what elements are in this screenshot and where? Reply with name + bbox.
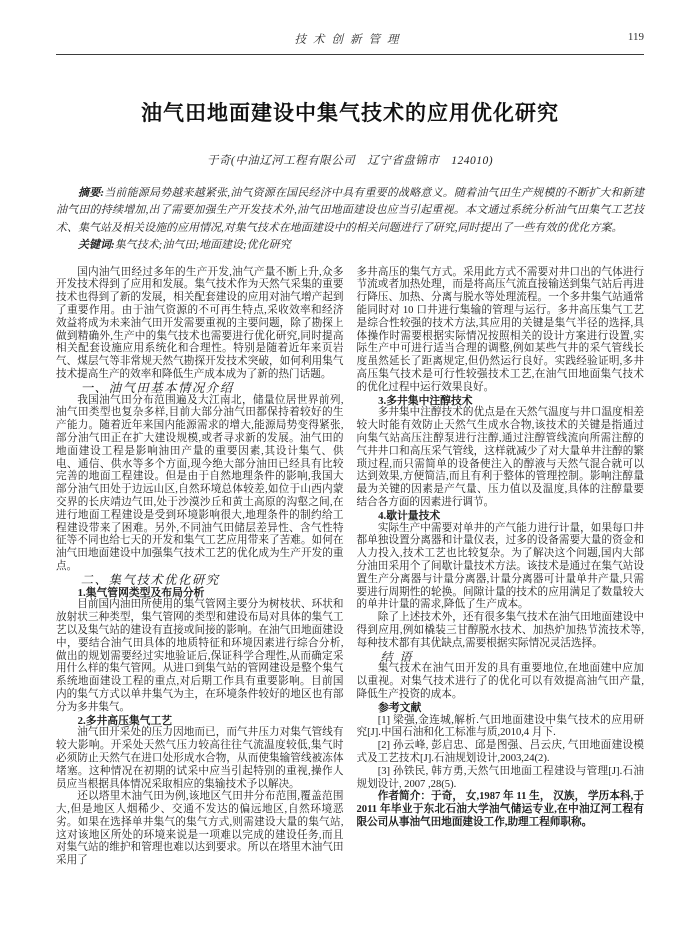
abstract-label: 摘要: <box>78 187 104 199</box>
subsection-2-paragraph-2: 还以塔里木油气田为例,该地区气田井分布范围,覆盖范围大,但是地区人烟稀少、交通不… <box>56 791 344 868</box>
left-column: 国内油气田经过多年的生产开发,油气产量不断上升,众多开发技术得到了应用和发展。集… <box>56 267 344 868</box>
conclusion-heading: 结 语 <box>357 651 645 664</box>
journal-page: 技术创新管理 119 油气田地面建设中集气技术的应用优化研究 于奇(中油辽河工程… <box>0 0 700 951</box>
section-heading-1: 一、油气田基本情况介绍 <box>56 382 344 395</box>
subsection-2-title: 2.多井高压集气工艺 <box>56 715 344 728</box>
reference-item: [1] 梁强,金连城,解析.气田地面建设中集气技术的应用研究[J].中国石油和化… <box>357 715 645 741</box>
abstract-text: 当前能源局势越来越紧张,油气资源在国民经济中具有重要的战略意义。随着油气田生产规… <box>56 187 644 234</box>
section-1-paragraph: 我国油气田分布范围遍及大江南北，储量位居世界前列,油气田类型也复杂多样,目前大部… <box>56 395 344 574</box>
right-column: 多井高压的集气方式。采用此方式不需要对井口出的气体进行节流或者加热处理，而是将高… <box>357 267 645 868</box>
subsection-1-title: 1.集气管网类型及布局分析 <box>56 587 344 600</box>
author-line: 于奇(中油辽河工程有限公司 辽宁省盘锦市 124010) <box>56 152 644 168</box>
reference-item: [3] 孙铁民, 韩方勇,天然气田地面工程建设与管理[J].石油规划设计, 20… <box>357 766 645 792</box>
subsection-4-paragraph-1: 实际生产中需要对单井的产气能力进行计量，如果每口井都单独设置分离器和计量仪表，过… <box>357 523 645 613</box>
keywords-line: 关键词:集气技术;油气田;地面建设;优化研究 <box>56 237 644 254</box>
journal-section-title: 技术创新管理 <box>295 34 406 46</box>
subsection-3-paragraph: 多井集中注醇技术的优点是在天然气温度与井口温度相差较大时能有效防止天然气生成水合… <box>357 407 645 509</box>
article-title: 油气田地面建设中集气技术的应用优化研究 <box>56 97 644 127</box>
subsection-2-paragraph-1: 油气田开采处的压力因地而已，而气井压力对集气管线有较大影响。开采处天然气压力较高… <box>56 727 344 791</box>
section-heading-2: 二、集气技术优化研究 <box>56 574 344 587</box>
reference-item: [2] 孙云峰, 彭启忠、邱是图强、吕云庆, 气田地面建设模式及工艺技术[J].… <box>357 740 645 766</box>
intro-paragraph: 国内油气田经过多年的生产开发,油气产量不断上升,众多开发技术得到了应用和发展。集… <box>56 267 344 382</box>
subsection-3-title: 3.多井集中注醇技术 <box>357 395 645 408</box>
keywords-text: 集气技术;油气田;地面建设;优化研究 <box>115 239 291 251</box>
body-columns: 国内油气田经过多年的生产开发,油气产量不断上升,众多开发技术得到了应用和发展。集… <box>56 267 644 868</box>
abstract-block: 摘要:当前能源局势越来越紧张,油气资源在国民经济中具有重要的战略意义。随着油气田… <box>56 185 644 255</box>
keywords-label: 关键词: <box>78 239 115 251</box>
author-bio: 作者简介：于奇， 女,1987 年 11 生， 汉族， 学历本科,于 2011 … <box>357 791 645 829</box>
journal-header: 技术创新管理 119 <box>56 30 644 46</box>
conclusion-paragraph: 集气技术在油气田开发的具有重要地位,在地面建中应加以重视。对集气技术进行了的优化… <box>357 663 645 701</box>
subsection-4-title: 4.歇计量技术 <box>357 510 645 523</box>
header-rule <box>56 54 644 55</box>
page-number: 119 <box>628 31 644 43</box>
subsection-4-paragraph-2: 除了上述技术外，还有很多集气技术在油气田地面建设中得到应用,例如橇装三甘醇脱水技… <box>357 612 645 650</box>
subsection-1-paragraph: 目前国内油田所使用的集气管网主要分为树枝状、环状和放射状三种类型，集气管网的类型… <box>56 599 344 714</box>
references-heading: 参考文献 <box>357 702 645 715</box>
continuation-paragraph: 多井高压的集气方式。采用此方式不需要对井口出的气体进行节流或者加热处理，而是将高… <box>357 267 645 395</box>
abstract-paragraph: 摘要:当前能源局势越来越紧张,油气资源在国民经济中具有重要的战略意义。随着油气田… <box>56 185 644 237</box>
